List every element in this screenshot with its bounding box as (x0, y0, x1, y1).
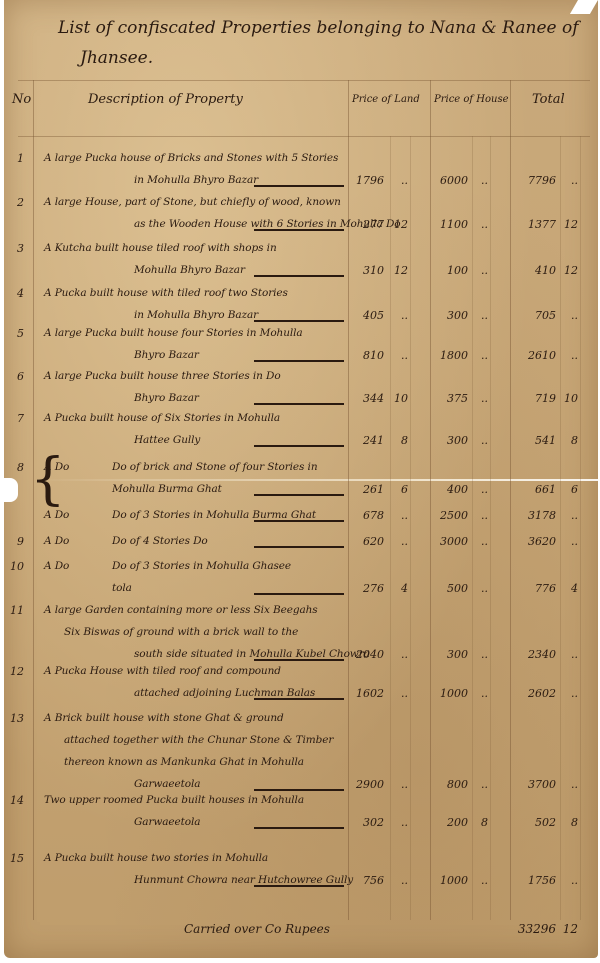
price-land-rupees: 2040 (350, 648, 384, 661)
leader-line (254, 185, 344, 187)
price-house-annas: .. (472, 392, 488, 405)
leader-line (254, 494, 344, 496)
price-land-annas: .. (392, 349, 408, 362)
leader-line (254, 789, 344, 791)
price-house-annas: .. (472, 483, 488, 496)
price-house-rupees: 400 (432, 483, 468, 496)
rule-land-col (348, 80, 349, 920)
price-land-annas: .. (392, 174, 408, 187)
total-annas: 12 (562, 264, 578, 277)
price-land-annas: 12 (392, 264, 408, 277)
price-land-rupees: 1796 (350, 174, 384, 187)
total-annas: .. (562, 535, 578, 548)
row-description-line: Bhyro Bazar (134, 392, 199, 404)
fold-crease (34, 479, 598, 481)
price-land-annas: .. (392, 778, 408, 791)
total-rupees: 3700 (512, 778, 556, 791)
total-rupees: 410 (512, 264, 556, 277)
price-house-annas: .. (472, 509, 488, 522)
total-rupees: 776 (512, 582, 556, 595)
price-house-rupees: 300 (432, 434, 468, 447)
price-house-annas: .. (472, 535, 488, 548)
price-land-annas: .. (392, 648, 408, 661)
rule-house-pies (490, 136, 491, 920)
row-description-line: Mohulla Burma Ghat (112, 483, 222, 495)
price-land-rupees: 261 (350, 483, 384, 496)
total-annas: 4 (562, 582, 578, 595)
carried-over-label: Carried over Co Rupees (184, 922, 330, 936)
price-land-annas: .. (392, 535, 408, 548)
price-land-rupees: 344 (350, 392, 384, 405)
leader-line (254, 520, 344, 522)
price-house-rupees: 1000 (432, 687, 468, 700)
leader-line (254, 827, 344, 829)
price-land-annas: .. (392, 687, 408, 700)
leader-line (254, 403, 344, 405)
row-description-line: Two upper roomed Pucka built houses in M… (44, 794, 304, 806)
row-number: 8 (6, 461, 24, 474)
price-land-annas: 10 (392, 392, 408, 405)
row-description-line: A Pucka House with tiled roof and compou… (44, 665, 281, 677)
price-land-rupees: 310 (350, 264, 384, 277)
price-house-rupees: 500 (432, 582, 468, 595)
row-description-line: Do of 3 Stories in Mohulla Ghasee (112, 560, 291, 572)
leader-line (254, 320, 344, 322)
rule-total-col (510, 80, 511, 920)
leader-line (254, 885, 344, 887)
price-land-annas: .. (392, 309, 408, 322)
leader-line (254, 698, 344, 700)
price-house-annas: .. (472, 309, 488, 322)
price-house-annas: .. (472, 874, 488, 887)
total-rupees: 3178 (512, 509, 556, 522)
total-rupees: 1756 (512, 874, 556, 887)
price-land-rupees: 277 (350, 218, 384, 231)
total-annas: .. (562, 687, 578, 700)
total-rupees: 7796 (512, 174, 556, 187)
grand-total-annas: 12 (562, 922, 578, 936)
row-number: 13 (6, 712, 24, 725)
price-house-annas: .. (472, 648, 488, 661)
price-land-annas: 6 (392, 483, 408, 496)
price-land-annas: .. (392, 816, 408, 829)
leader-line (254, 360, 344, 362)
rule-land-pies (410, 136, 411, 920)
price-house-annas: .. (472, 582, 488, 595)
price-land-rupees: 2900 (350, 778, 384, 791)
row-prefix: A Do (44, 560, 69, 572)
price-house-rupees: 3000 (432, 535, 468, 548)
price-house-annas: .. (472, 778, 488, 791)
price-land-rupees: 756 (350, 874, 384, 887)
header-description: Description of Property (88, 92, 243, 107)
price-house-annas: .. (472, 264, 488, 277)
price-house-annas: .. (472, 434, 488, 447)
row-description-line: A Pucka built house two stories in Mohul… (44, 852, 268, 864)
total-annas: 6 (562, 483, 578, 496)
row-description-line: Bhyro Bazar (134, 349, 199, 361)
total-rupees: 2602 (512, 687, 556, 700)
price-land-rupees: 241 (350, 434, 384, 447)
price-house-rupees: 6000 (432, 174, 468, 187)
row-number: 11 (6, 604, 24, 617)
torn-edge (4, 478, 18, 502)
price-house-annas: .. (472, 349, 488, 362)
row-description-line: thereon known as Mankunka Ghat in Mohull… (64, 756, 304, 768)
row-description-line: attached together with the Chunar Stone … (64, 734, 333, 746)
total-annas: .. (562, 874, 578, 887)
leader-line (254, 445, 344, 447)
rule-total-annas (560, 136, 561, 920)
total-annas: 8 (562, 434, 578, 447)
leader-line (254, 593, 344, 595)
row-number: 5 (6, 327, 24, 340)
total-rupees: 3620 (512, 535, 556, 548)
row-description-line: in Mohulla Bhyro Bazar (134, 309, 258, 321)
row-description-line: Mohulla Bhyro Bazar (134, 264, 245, 276)
price-land-rupees: 276 (350, 582, 384, 595)
price-house-rupees: 1800 (432, 349, 468, 362)
row-number: 10 (6, 560, 24, 573)
header-rule-bottom (18, 136, 590, 137)
rule-land-annas (390, 136, 391, 920)
price-house-annas: .. (472, 218, 488, 231)
torn-corner (570, 0, 598, 14)
row-description-line: A Pucka built house of Six Stories in Mo… (44, 412, 280, 424)
total-rupees: 541 (512, 434, 556, 447)
row-description-line: in Mohulla Bhyro Bazar (134, 174, 258, 186)
price-land-rupees: 620 (350, 535, 384, 548)
price-house-annas: .. (472, 687, 488, 700)
row-description-line: Do of brick and Stone of four Stories in (112, 461, 317, 473)
total-annas: .. (562, 174, 578, 187)
header-price-land: Price of Land (352, 94, 420, 105)
row-number: 3 (6, 242, 24, 255)
row-description-line: A large Pucka house of Bricks and Stones… (44, 152, 338, 164)
row-description-line: A large House, part of Stone, but chiefl… (44, 196, 341, 208)
price-land-annas: 4 (392, 582, 408, 595)
price-house-rupees: 375 (432, 392, 468, 405)
row-description-line: A large Pucka built house three Stories … (44, 370, 281, 382)
row-description-line: A Pucka built house with tiled roof two … (44, 287, 288, 299)
price-land-annas: 12 (392, 218, 408, 231)
price-house-rupees: 1100 (432, 218, 468, 231)
price-land-annas: 8 (392, 434, 408, 447)
header-price-house: Price of House (434, 94, 509, 105)
total-rupees: 502 (512, 816, 556, 829)
row-description-line: Garwaeetola (134, 778, 200, 790)
rule-house-annas (472, 136, 473, 920)
price-house-rupees: 200 (432, 816, 468, 829)
price-land-rupees: 302 (350, 816, 384, 829)
total-annas: .. (562, 309, 578, 322)
row-description-line: A Brick built house with stone Ghat & gr… (44, 712, 284, 724)
row-description-line: Garwaeetola (134, 816, 200, 828)
row-number: 4 (6, 287, 24, 300)
grand-total: 33296 (512, 922, 556, 936)
manuscript-page: List of confiscated Properties belonging… (4, 0, 598, 958)
header-number: No (12, 92, 31, 107)
price-house-rupees: 100 (432, 264, 468, 277)
total-rupees: 661 (512, 483, 556, 496)
price-house-annas: .. (472, 174, 488, 187)
row-description-line: Do of 4 Stories Do (112, 535, 208, 547)
brace-item-8: { (30, 452, 66, 508)
rule-house-col (430, 80, 431, 920)
total-annas: 8 (562, 816, 578, 829)
price-land-annas: .. (392, 874, 408, 887)
total-annas: .. (562, 509, 578, 522)
leader-line (254, 659, 344, 661)
price-land-rupees: 810 (350, 349, 384, 362)
price-house-rupees: 300 (432, 648, 468, 661)
total-annas: 12 (562, 218, 578, 231)
total-rupees: 1377 (512, 218, 556, 231)
leader-line (254, 275, 344, 277)
row-description-line: Six Biswas of ground with a brick wall t… (64, 626, 298, 638)
rule-total-pies (580, 136, 581, 920)
total-annas: 10 (562, 392, 578, 405)
row-number: 7 (6, 412, 24, 425)
total-annas: .. (562, 349, 578, 362)
row-number: 12 (6, 665, 24, 678)
row-number: 14 (6, 794, 24, 807)
price-house-rupees: 800 (432, 778, 468, 791)
row-description-line: A large Garden containing more or less S… (44, 604, 318, 616)
price-land-rupees: 678 (350, 509, 384, 522)
price-land-rupees: 1602 (350, 687, 384, 700)
row-description-line: Hattee Gully (134, 434, 200, 446)
price-house-rupees: 1000 (432, 874, 468, 887)
leader-line (254, 546, 344, 548)
total-rupees: 705 (512, 309, 556, 322)
row-prefix: A Do (44, 535, 69, 547)
document-title-line2: Jhansee. (80, 48, 153, 68)
price-house-rupees: 2500 (432, 509, 468, 522)
leader-line (254, 229, 344, 231)
price-land-rupees: 405 (350, 309, 384, 322)
price-house-annas: 8 (472, 816, 488, 829)
total-rupees: 2610 (512, 349, 556, 362)
row-description-line: A Kutcha built house tiled roof with sho… (44, 242, 277, 254)
total-rupees: 2340 (512, 648, 556, 661)
row-description-line: A large Pucka built house four Stories i… (44, 327, 303, 339)
total-annas: .. (562, 778, 578, 791)
row-description-line: tola (112, 582, 132, 594)
row-number: 1 (6, 152, 24, 165)
document-title-line1: List of confiscated Properties belonging… (58, 18, 579, 38)
row-number: 6 (6, 370, 24, 383)
row-number: 15 (6, 852, 24, 865)
price-house-rupees: 300 (432, 309, 468, 322)
header-rule-top (18, 80, 590, 81)
total-rupees: 719 (512, 392, 556, 405)
header-total: Total (532, 92, 565, 107)
price-land-annas: .. (392, 509, 408, 522)
row-number: 9 (6, 535, 24, 548)
total-annas: .. (562, 648, 578, 661)
row-number: 2 (6, 196, 24, 209)
